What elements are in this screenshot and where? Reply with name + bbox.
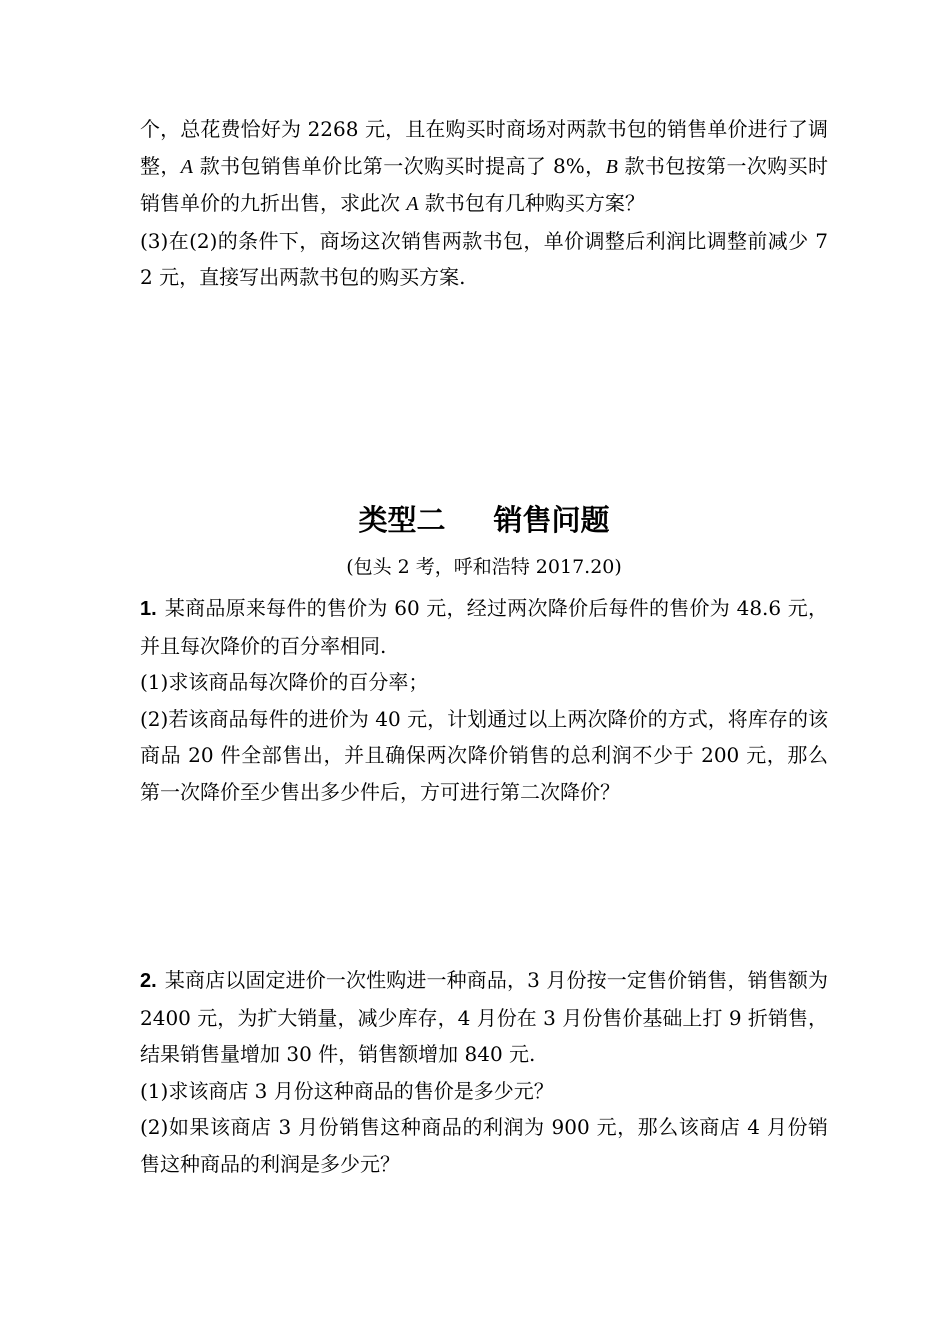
problem-1-stem-text: 某商品原来每件的售价为 60 元，经过两次降价后每件的售价为 48.6 元，并且… (140, 596, 828, 658)
paragraph-text: 款书包销售单价比第一次购买时提高了 8%， (193, 154, 606, 178)
problem-1-subquestion-2: (2)若该商品每件的进价为 40 元，计划通过以上两次降价的方式，将库存的该商品… (140, 701, 828, 811)
problem-2-stem: 2.某商店以固定进价一次性购进一种商品，3 月份按一定售价销售，销售额为 240… (140, 962, 828, 1073)
worksheet-page: 个，总花费恰好为 2268 元，且在购买时商场对两款书包的销售单价进行了调整，A… (0, 0, 950, 1344)
problem-2-stem-text: 某商店以固定进价一次性购进一种商品，3 月份按一定售价销售，销售额为 2400 … (140, 968, 828, 1066)
problem-2: 2.某商店以固定进价一次性购进一种商品，3 月份按一定售价销售，销售额为 240… (140, 962, 828, 1183)
section-title: 类型二销售问题 (140, 501, 828, 541)
paragraph-text: 款书包有几种购买方案？ (419, 191, 645, 215)
problem-1-number: 1. (140, 598, 157, 620)
previous-problem-continuation: 个，总花费恰好为 2268 元，且在购买时商场对两款书包的销售单价进行了调整，A… (140, 111, 828, 296)
variable-A: A (181, 156, 193, 178)
problem-1-subquestion-1: (1)求该商品每次降价的百分率； (140, 664, 828, 701)
variable-A: A (406, 193, 418, 215)
variable-B: B (606, 156, 618, 178)
problem-1: 1.某商品原来每件的售价为 60 元，经过两次降价后每件的售价为 48.6 元，… (140, 590, 828, 811)
section-type-label: 类型二 (358, 505, 445, 537)
problem-2-subquestion-2: (2)如果该商店 3 月份销售这种商品的利润为 900 元，那么该商店 4 月份… (140, 1109, 828, 1182)
problem-2-number: 2. (140, 970, 157, 992)
exam-source-note: (包头 2 考，呼和浩特 2017.20) (140, 553, 828, 581)
problem-2-subquestion-1: (1)求该商店 3 月份这种商品的售价是多少元？ (140, 1073, 828, 1110)
problem-1-stem: 1.某商品原来每件的售价为 60 元，经过两次降价后每件的售价为 48.6 元，… (140, 590, 828, 664)
subquestion-3: (3)在(2)的条件下，商场这次销售两款书包，单价调整后利润比调整前减少 72 … (140, 223, 828, 296)
problem-paragraph: 个，总花费恰好为 2268 元，且在购买时商场对两款书包的销售单价进行了调整，A… (140, 111, 828, 223)
section-title-text: 销售问题 (494, 505, 610, 537)
